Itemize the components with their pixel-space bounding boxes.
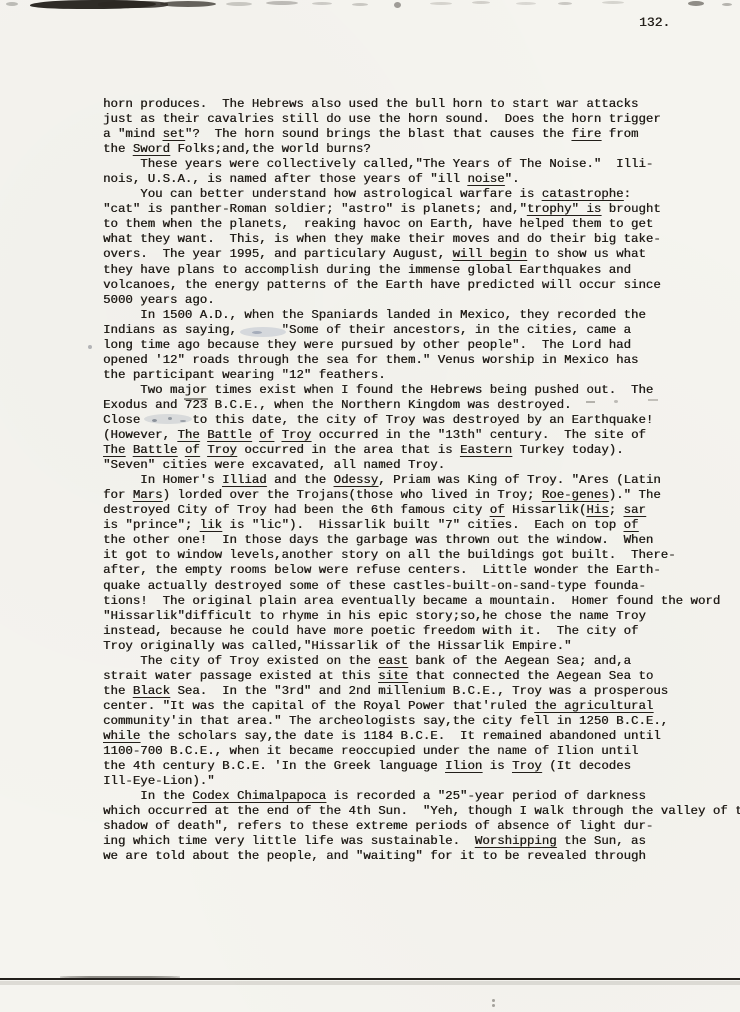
underlined-text: Battle <box>133 443 178 457</box>
text-line: it got to window levels,another story on… <box>103 548 740 563</box>
underlined-text: Mars <box>133 488 163 502</box>
paragraph: These years were collectively called,"Th… <box>103 157 740 187</box>
underlined-text: noise <box>467 172 504 186</box>
text-line: Troy originally was called,"Hissarlik of… <box>103 639 740 654</box>
text-line: we are told about the people, and "waiti… <box>103 849 740 864</box>
text-line: Indians as saying, "Some of their ancest… <box>103 323 740 338</box>
underlined-text: The <box>177 428 199 442</box>
text-line: the Black Sea. In the "3rd" and 2nd mill… <box>103 684 740 699</box>
text-line: opened '12" roads through the sea for th… <box>103 353 740 368</box>
text-line: (However, The Battle of Troy occurred in… <box>103 428 740 443</box>
text-line: In the Codex Chimalpapoca is recorded a … <box>103 789 740 804</box>
underlined-text: Odessy <box>334 473 379 487</box>
text-line: Two major times exist when I found the H… <box>103 383 740 398</box>
text-line: destroyed City of Troy had been the 6th … <box>103 503 740 518</box>
top-speck <box>558 2 572 5</box>
top-speck <box>602 1 624 4</box>
text-line: is "prince"; lik is "lic"). Hissarlik bu… <box>103 518 740 533</box>
margin-speck <box>88 345 92 349</box>
text-line: In Homer's Illiad and the Odessy, Priam … <box>103 473 740 488</box>
top-speck <box>430 2 452 5</box>
underlined-text: sar <box>624 503 646 517</box>
underlined-text: Roe-genes <box>542 488 609 502</box>
text-line: overs. The year 1995, and particulary Au… <box>103 247 740 262</box>
underlined-text: Troy <box>512 759 542 773</box>
paragraph: You can better understand how astrologic… <box>103 187 740 307</box>
bottom-speck <box>492 1004 495 1007</box>
underlined-text: of <box>624 518 639 532</box>
top-speck <box>472 1 490 4</box>
text-line: In 1500 A.D., when the Spaniards landed … <box>103 308 740 323</box>
underlined-text: lik <box>200 518 222 532</box>
bottom-rule-shadow <box>0 981 740 985</box>
underlined-text: the agricultural <box>534 699 653 713</box>
underlined-text: trophy" is <box>527 202 601 216</box>
paragraph: In Homer's Illiad and the Odessy, Priam … <box>103 473 740 654</box>
underlined-text: set <box>163 127 185 141</box>
underlined-text: Ilion <box>445 759 482 773</box>
text-line: volcanoes, the energy patterns of the Ea… <box>103 278 740 293</box>
top-smudge-blob <box>98 1 168 8</box>
paragraph: Two major times exist when I found the H… <box>103 383 740 473</box>
paragraph: In 1500 A.D., when the Spaniards landed … <box>103 308 740 383</box>
top-speck <box>516 2 536 5</box>
top-speck <box>722 3 732 6</box>
text-line: the 4th century B.C.E. 'In the Greek lan… <box>103 759 740 774</box>
text-line: strait water passage existed at this sit… <box>103 669 740 684</box>
text-line: the participant wearing "12" feathers. <box>103 368 740 383</box>
text-line: You can better understand how astrologic… <box>103 187 740 202</box>
text-line: "cat" is panther-Roman soldier; "astro" … <box>103 202 740 217</box>
underlined-text: His <box>586 503 608 517</box>
text-line: community'in that area." The archeologis… <box>103 714 740 729</box>
text-block: horn produces. The Hebrews also used the… <box>103 97 740 864</box>
page-number: 132. <box>639 15 670 30</box>
text-line: which occurred at the end of the 4th Sun… <box>103 804 740 819</box>
text-line: Exodus and 723 B.C.E., when the Northern… <box>103 398 740 413</box>
text-line: 1100-700 B.C.E., when it became reoccupi… <box>103 744 740 759</box>
underlined-text: The <box>103 443 125 457</box>
underlined-text: Troy <box>207 443 237 457</box>
underlined-text: Eastern <box>460 443 512 457</box>
text-line: just as their cavalries still do use the… <box>103 112 740 127</box>
underlined-text: of <box>259 428 274 442</box>
text-line: for Mars) lorded over the Trojans(those … <box>103 488 740 503</box>
underlined-text: will begin <box>452 247 526 261</box>
text-line: long time ago because they were pursued … <box>103 338 740 353</box>
bottom-rule-thick <box>60 976 180 978</box>
text-line: center. "It was the capital of the Royal… <box>103 699 740 714</box>
text-line: horn produces. The Hebrews also used the… <box>103 97 740 112</box>
paragraph: horn produces. The Hebrews also used the… <box>103 97 740 157</box>
text-line: nois, U.S.A., is named after those years… <box>103 172 740 187</box>
underlined-text: Black <box>133 684 170 698</box>
top-speck <box>226 2 252 6</box>
paragraph: The city of Troy existed on the east ban… <box>103 654 740 789</box>
top-speck <box>6 2 18 6</box>
underlined-text: while <box>103 729 140 743</box>
top-speck <box>312 2 332 5</box>
top-speck <box>352 3 368 6</box>
text-line: ing which time very little life was sust… <box>103 834 740 849</box>
underlined-text: Sword <box>133 142 170 156</box>
underlined-text: fire <box>571 127 601 141</box>
underlined-text: catastrophe <box>542 187 624 201</box>
bottom-speck <box>492 999 495 1002</box>
text-line: tions! The original plain area eventuall… <box>103 594 740 609</box>
text-line: the Sword Folks;and,the world burns? <box>103 142 740 157</box>
text-line: instead, because he could have more poet… <box>103 624 740 639</box>
top-speck <box>266 1 298 5</box>
scanned-page: 132. horn produces. The Hebrews also use… <box>0 0 740 1012</box>
text-line: The Battle of Troy occurred in the area … <box>103 443 740 458</box>
underlined-text: east <box>378 654 408 668</box>
text-line: while the scholars say,the date is 1184 … <box>103 729 740 744</box>
text-line: a "mind set"? The horn sound brings the … <box>103 127 740 142</box>
top-speck <box>688 1 704 6</box>
text-line: These years were collectively called,"Th… <box>103 157 740 172</box>
underlined-text: Worshipping <box>475 834 557 848</box>
top-smudge-blob <box>160 1 216 7</box>
top-speck <box>394 2 401 8</box>
text-line: Ill-Eye-Lion)." <box>103 774 740 789</box>
text-line: The city of Troy existed on the east ban… <box>103 654 740 669</box>
text-line: "Seven" cities were excavated, all named… <box>103 458 740 473</box>
text-line: to them when the planets, reaking havoc … <box>103 217 740 232</box>
text-line: the other one! In those days the garbage… <box>103 533 740 548</box>
underlined-text: Troy <box>281 428 311 442</box>
underlined-text: Illiad <box>222 473 267 487</box>
underlined-text: of <box>185 443 200 457</box>
text-line: 5000 years ago. <box>103 293 740 308</box>
text-line: they have plans to accomplish during the… <box>103 263 740 278</box>
paragraph: In the Codex Chimalpapoca is recorded a … <box>103 789 740 864</box>
text-line: shadow of death", refers to these extrem… <box>103 819 740 834</box>
underlined-text: Battle <box>207 428 252 442</box>
text-line: quake actually destroyed some of these c… <box>103 579 740 594</box>
underlined-text: Codex Chimalpapoca <box>192 789 326 803</box>
text-line: after, the empty rooms below were refuse… <box>103 563 740 578</box>
text-line: Close to this date, the city of Troy was… <box>103 413 740 428</box>
text-line: what they want. This, is when they make … <box>103 232 740 247</box>
bottom-rule <box>0 978 740 980</box>
underlined-text: of <box>490 503 505 517</box>
text-line: "Hissarlik"difficult to rhyme in his epi… <box>103 609 740 624</box>
underlined-text: site <box>378 669 408 683</box>
